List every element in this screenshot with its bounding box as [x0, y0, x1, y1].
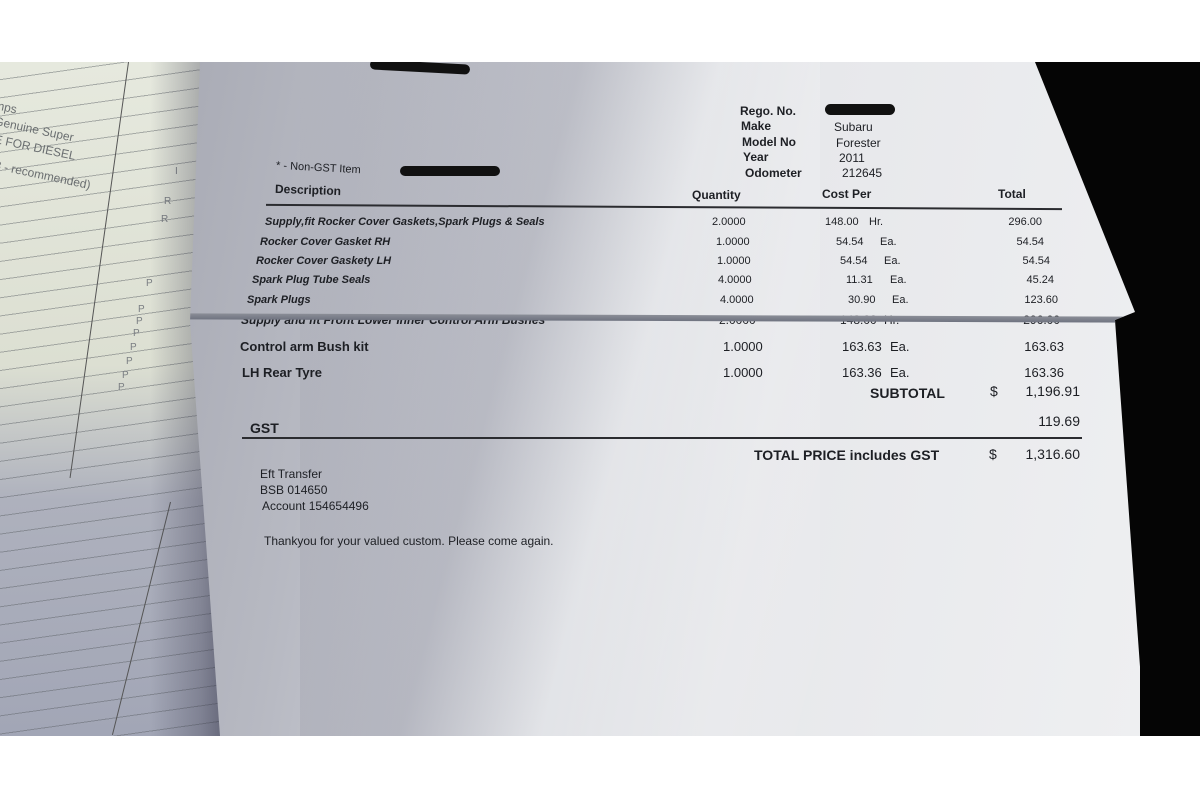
receipt-photo: mps Genuine Super E FOR DIESEL 3 - recom…: [0, 62, 1200, 736]
rego-redacted: [825, 104, 895, 115]
logbook-mark: P: [126, 356, 133, 367]
item-quantity: 4.0000: [718, 274, 752, 286]
item-total: 45.24: [992, 274, 1054, 286]
logbook-mark: P: [138, 304, 145, 315]
item-total: 296.00: [980, 216, 1042, 228]
item-total: 54.54: [982, 236, 1044, 248]
item-cost: 11.31: [846, 274, 873, 286]
item-description: LH Rear Tyre: [242, 365, 322, 380]
gst-label: GST: [250, 420, 279, 436]
payment-account: Account 154654496: [262, 499, 369, 513]
gst-value: 119.69: [1010, 413, 1080, 429]
subtotal-currency: $: [990, 383, 998, 399]
logbook-mark: P: [133, 328, 140, 339]
item-total: 163.36: [1002, 365, 1064, 380]
make-value: Subaru: [834, 120, 873, 134]
year-label: Year: [743, 150, 768, 164]
odometer-value: 212645: [842, 166, 882, 180]
item-quantity: 1.0000: [716, 236, 750, 248]
total-value: 1,316.60: [1010, 446, 1080, 462]
logbook-mark: P: [130, 342, 137, 353]
logbook-mark: P: [136, 316, 143, 327]
item-cost: 30.90: [848, 294, 876, 306]
item-unit: Ea.: [890, 339, 910, 354]
total-currency: $: [989, 446, 997, 462]
item-quantity: 1.0000: [717, 255, 751, 267]
payment-method: Eft Transfer: [260, 467, 322, 481]
item-unit: Ea.: [880, 236, 897, 248]
invoice-receipt: Rego. No. Make Subaru Model No Forester …: [180, 62, 1140, 736]
model-label: Model No: [742, 135, 796, 149]
redaction-mark: [400, 166, 500, 176]
subtotal-value: 1,196.91: [1010, 383, 1080, 399]
item-cost: 54.54: [836, 236, 864, 248]
total-label: TOTAL PRICE includes GST: [754, 447, 939, 463]
thank-you-note: Thankyou for your valued custom. Please …: [264, 534, 554, 548]
item-unit: Ea.: [884, 255, 901, 267]
item-quantity: 1.0000: [723, 365, 763, 380]
item-quantity: 4.0000: [720, 294, 754, 306]
item-total: 123.60: [996, 294, 1058, 306]
logbook-text: 3 - recommended): [0, 158, 92, 192]
item-unit: Ea.: [890, 274, 907, 286]
logbook-mark: P: [122, 370, 129, 381]
item-description: Supply,fit Rocker Cover Gaskets,Spark Pl…: [265, 216, 545, 228]
item-cost: 163.36: [842, 365, 882, 380]
item-quantity: 1.0000: [723, 339, 763, 354]
rego-label: Rego. No.: [740, 104, 796, 118]
subtotal-label: SUBTOTAL: [870, 385, 945, 401]
item-cost: 54.54: [840, 255, 868, 267]
odometer-label: Odometer: [745, 166, 802, 180]
column-cost-per: Cost Per: [822, 187, 871, 201]
item-cost: 148.00: [825, 216, 859, 228]
item-unit: Ea.: [892, 294, 909, 306]
total-rule: [242, 437, 1082, 439]
item-description: Spark Plug Tube Seals: [252, 274, 370, 286]
item-total: 163.63: [1002, 339, 1064, 354]
item-quantity: 2.0000: [712, 216, 746, 228]
column-quantity: Quantity: [692, 188, 741, 202]
model-value: Forester: [836, 136, 881, 150]
item-description: Control arm Bush kit: [240, 339, 369, 354]
item-unit: Hr.: [869, 216, 883, 228]
logbook-mark: P: [118, 382, 125, 393]
item-total: 54.54: [988, 255, 1050, 267]
item-cost: 163.63: [842, 339, 882, 354]
column-total: Total: [998, 187, 1026, 201]
item-unit: Ea.: [890, 365, 910, 380]
year-value: 2011: [839, 151, 865, 165]
payment-bsb: BSB 014650: [260, 483, 327, 497]
column-description: Description: [275, 182, 341, 198]
item-description: Rocker Cover Gasket RH: [260, 236, 390, 248]
make-label: Make: [741, 119, 771, 133]
item-description: Rocker Cover Gaskety LH: [256, 255, 391, 267]
item-description: Spark Plugs: [247, 294, 311, 306]
logbook-text: mps: [0, 98, 18, 116]
